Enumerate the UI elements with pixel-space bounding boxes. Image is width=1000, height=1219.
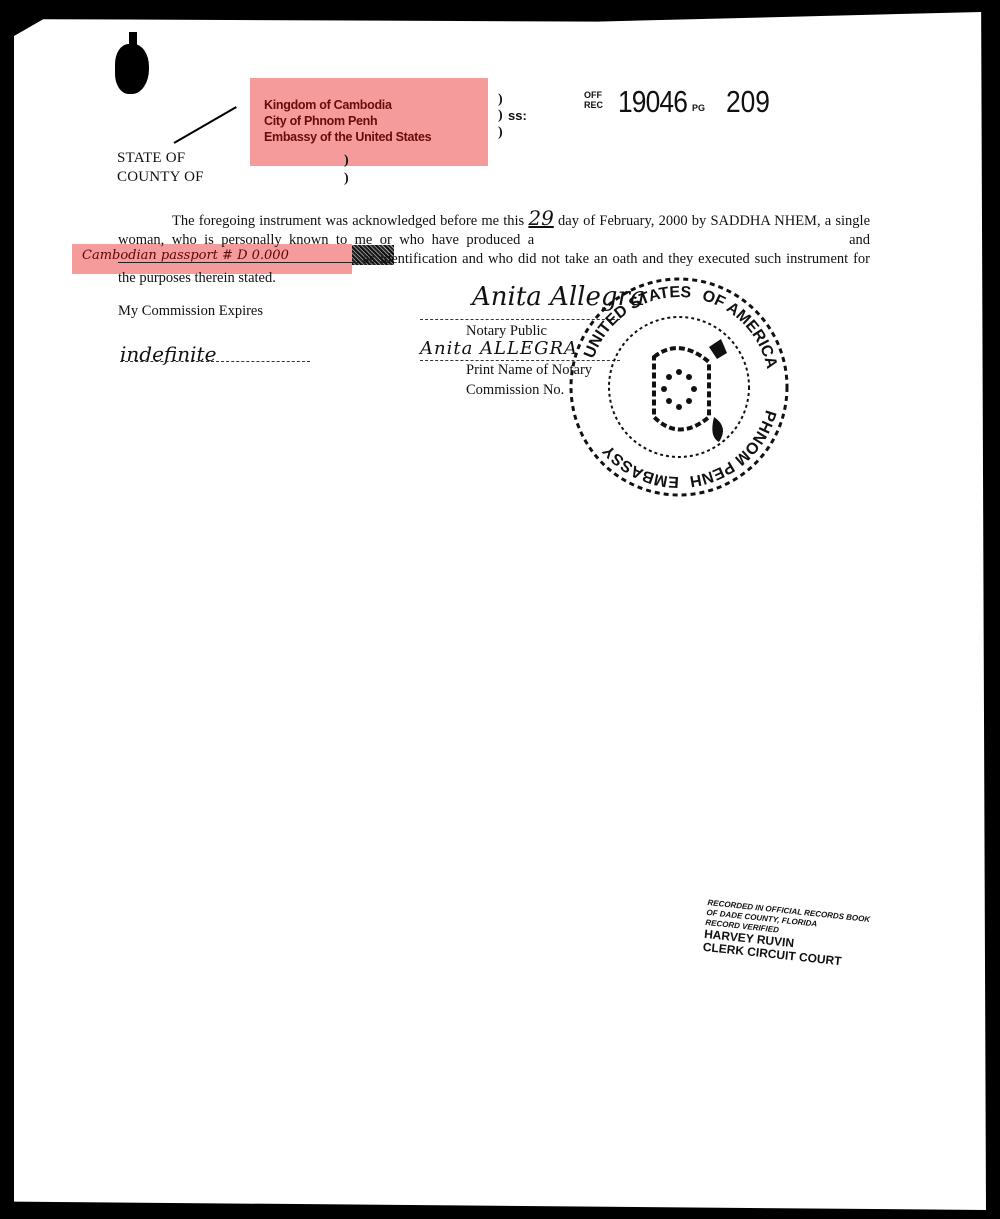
paren: ) bbox=[498, 125, 503, 141]
pg-label: PG bbox=[692, 103, 705, 113]
venue-override: Kingdom of Cambodia City of Phnom Penh E… bbox=[264, 97, 431, 145]
svg-text:OF AMERICA: OF AMERICA bbox=[700, 287, 780, 371]
book-number: 19046 bbox=[618, 84, 687, 120]
svg-text:EMBASSY: EMBASSY bbox=[600, 441, 680, 490]
seal-text-right: PHNOM PENH bbox=[688, 408, 778, 489]
strike-line bbox=[174, 106, 237, 144]
venue-line-country: Kingdom of Cambodia bbox=[264, 97, 431, 113]
paren: ) bbox=[344, 171, 349, 187]
ack-text-1: The foregoing instrument was acknowledge… bbox=[172, 213, 524, 229]
commission-number-label: Commission No. bbox=[466, 382, 564, 399]
venue-labels: STATE OF COUNTY OF bbox=[117, 149, 204, 187]
page-number: 209 bbox=[726, 84, 770, 120]
paren: ) bbox=[344, 153, 349, 169]
ink-blot bbox=[115, 44, 149, 94]
off-label: OFF bbox=[584, 90, 603, 100]
venue-line-city: City of Phnom Penh bbox=[264, 113, 431, 129]
document-page: Kingdom of Cambodia City of Phnom Penh E… bbox=[14, 12, 986, 1210]
svg-text:PHNOM PENH: PHNOM PENH bbox=[688, 408, 778, 489]
ss-label: ss: bbox=[508, 108, 527, 123]
commission-expires-label: My Commission Expires bbox=[118, 303, 263, 320]
seal-text-bottom: EMBASSY bbox=[600, 441, 680, 490]
county-label: COUNTY OF bbox=[117, 168, 204, 187]
commission-expires-value: indefinite bbox=[120, 342, 216, 366]
signature-line bbox=[120, 361, 310, 362]
notary-printed-name: Anita ALLEGRA bbox=[420, 338, 578, 359]
ack-text-3: and bbox=[849, 232, 870, 248]
seal-text-top: OF AMERICA bbox=[700, 287, 780, 371]
embassy-seal-icon: UNITED STATES OF AMERICA PHNOM PENH EMBA… bbox=[559, 267, 799, 507]
paren: ) bbox=[498, 92, 503, 108]
venue-line-embassy: Embassy of the United States bbox=[264, 129, 431, 145]
recorded-stamp: RECORDED IN OFFICIAL RECORDS BOOK OF DAD… bbox=[702, 898, 870, 971]
day-handwritten: 29 bbox=[528, 206, 553, 230]
rec-label: REC bbox=[584, 100, 603, 110]
state-label: STATE OF bbox=[117, 149, 204, 168]
off-rec-label: OFF REC bbox=[584, 90, 603, 110]
paren: ) bbox=[498, 108, 503, 124]
